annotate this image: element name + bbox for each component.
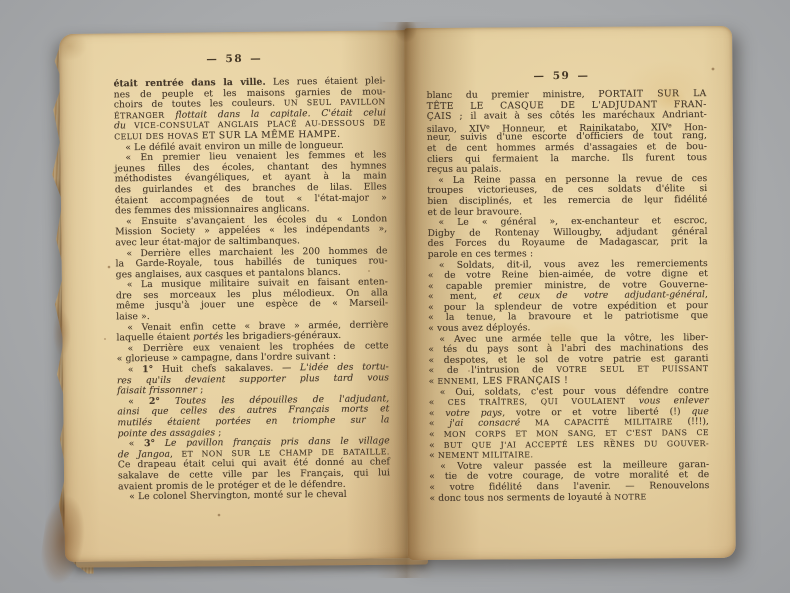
paragraph: était rentrée dans la ville. Les rues ét… xyxy=(114,76,387,143)
right-page-body: blanc du premier ministre, PORTAIT SUR L… xyxy=(427,89,710,504)
paragraph: « 2° Toutes les dépouilles de l'adjudant… xyxy=(117,394,389,439)
photo-background: — 58 — était rentrée dans la ville. Les … xyxy=(0,0,790,593)
paragraph: « En premier lieu venaient les femmes et… xyxy=(114,150,387,217)
right-page-text: — 59 — blanc du premier ministre, PORTAI… xyxy=(426,70,709,504)
text-line: « Le colonel Shervington, monté sur le c… xyxy=(118,489,390,503)
open-book: — 58 — était rentrée dans la ville. Les … xyxy=(50,18,742,580)
page-number-right: — 59 — xyxy=(421,70,701,83)
text-line: « de l'intrusion de VOTRE SEUL ET PUISSA… xyxy=(429,364,709,377)
paragraph: « La Reine passa en personne la revue de… xyxy=(427,174,707,218)
left-page: — 58 — était rentrée dans la ville. Les … xyxy=(59,30,417,562)
paper-specks xyxy=(50,18,52,20)
paragraph: « La musique militaire suivait en faisan… xyxy=(116,278,388,323)
paragraph: « Ensuite s'avançaient les écoles du « L… xyxy=(115,214,387,249)
text-line: « BUT QUE J'AI ACCEPTÉ LES RÊNES DU GOUV… xyxy=(429,439,709,452)
paragraph: « Votre valeur passée est la meilleure g… xyxy=(429,460,709,504)
paragraph: « Derrière elles marchaient les 200 homm… xyxy=(115,246,387,281)
right-page: — 59 — blanc du premier ministre, PORTAI… xyxy=(404,26,736,560)
paragraph: « Le « général », ex-enchanteur et escro… xyxy=(427,216,707,260)
paragraph: blanc du premier ministre, PORTAIT SUR L… xyxy=(427,89,708,176)
left-page-text: — 58 — était rentrée dans la ville. Les … xyxy=(113,52,390,503)
paragraph: « Oui, soldats, c'est pour vous défendre… xyxy=(429,386,710,462)
paragraph: « 1° Huit chefs sakalaves. — L'idée des … xyxy=(117,362,389,397)
page-number-left: — 58 — xyxy=(98,52,370,66)
paragraph: « Soldats, dit-il, vous avez les remerci… xyxy=(428,259,709,335)
paragraph: « Avec une armée telle que la vôtre, les… xyxy=(428,333,708,388)
left-page-body: était rentrée dans la ville. Les rues ét… xyxy=(114,76,391,503)
paragraph: « 3° Le pavillon français pris dans le v… xyxy=(118,436,391,492)
paragraph: « Le colonel Shervington, monté sur le c… xyxy=(118,489,390,503)
text-line: « donc tous nos serments de loyauté à NO… xyxy=(429,492,709,505)
